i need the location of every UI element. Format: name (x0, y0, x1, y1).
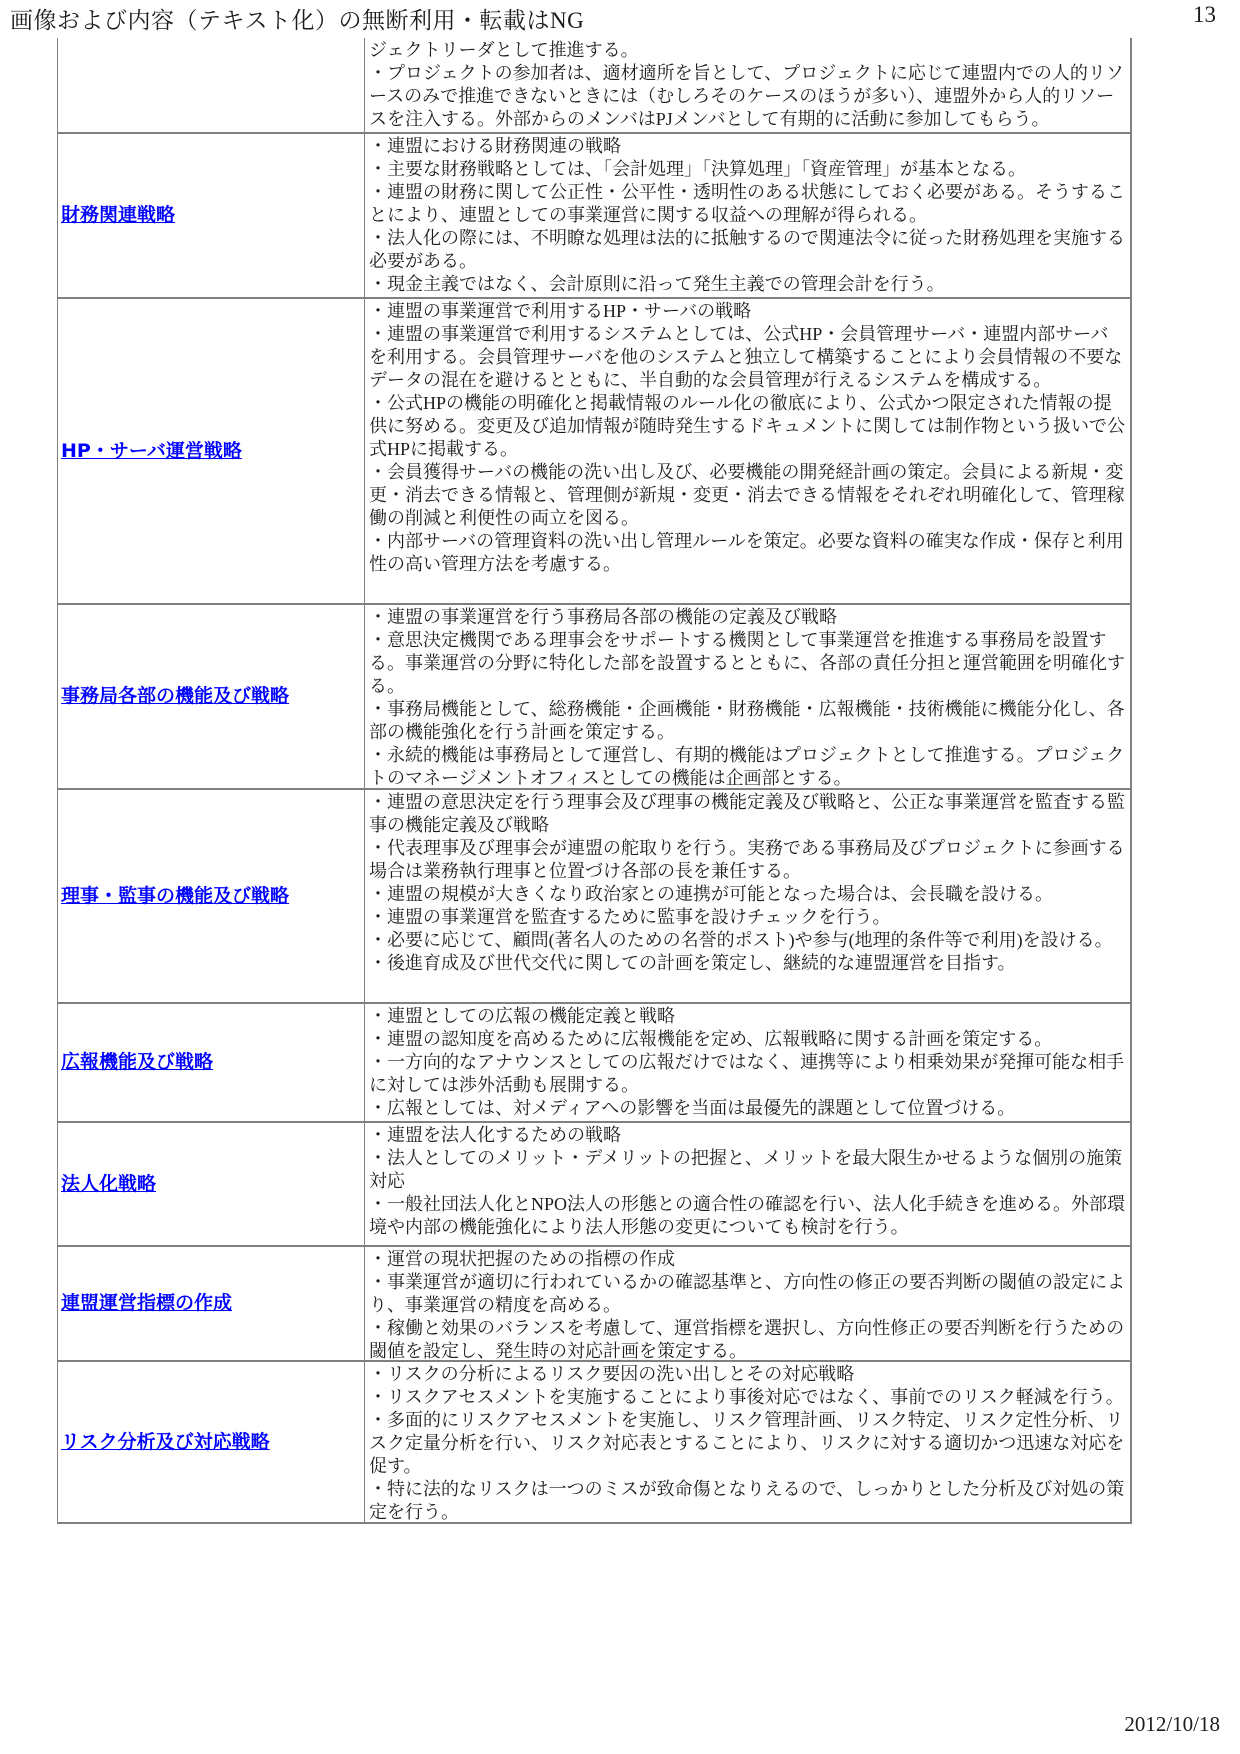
document-page: 画像および内容（テキスト化）の無断利用・転載はNG 13 ジェクトリーダとして推… (0, 0, 1240, 1754)
bullet-line: ・連盟の事業運営を監査するために監事を設けチェックを行う。 (369, 906, 1126, 929)
bullet-line: ・広報としては、対メディアへの影響を当面は最優先的課題として位置づける。 (369, 1097, 1126, 1120)
strategy-link[interactable]: 理事・監事の機能及び戦略 (61, 884, 289, 909)
bullet-line: ・内部サーバの管理資料の洗い出し管理ルールを策定。必要な資料の確実な作成・保存と… (369, 530, 1126, 576)
bullet-line: ・リスクの分析によるリスク要因の洗い出しとその対応戦略 (369, 1363, 1126, 1386)
bullet-line: ・運営の現状把握のための指標の作成 (369, 1248, 1126, 1271)
strategy-description-cell: ・連盟を法人化するための戦略・法人としてのメリット・デメリットの把握と、メリット… (365, 1123, 1130, 1245)
strategy-label-cell: HP・サーバ運営戦略 (58, 299, 365, 603)
strategy-link[interactable]: 連盟運営指標の作成 (61, 1291, 232, 1316)
bullet-line: ・連盟の認知度を高めるために広報機能を定め、広報戦略に関する計画を策定する。 (369, 1028, 1126, 1051)
page-number: 13 (1193, 2, 1216, 28)
bullet-line: ・プロジェクトの参加者は、適材適所を旨として、プロジェクトに応じて連盟内での人的… (369, 62, 1126, 131)
strategy-link[interactable]: 広報機能及び戦略 (61, 1050, 213, 1075)
bullet-line: ・会員獲得サーバの機能の洗い出し及び、必要機能の開発経計画の策定。会員による新規… (369, 461, 1126, 530)
strategy-table: ジェクトリーダとして推進する。・プロジェクトの参加者は、適材適所を旨として、プロ… (57, 38, 1132, 1524)
bullet-line: ・代表理事及び理事会が連盟の舵取りを行う。実務である事務局及びプロジェクトに参画… (369, 837, 1126, 883)
bullet-line: ・一方向的なアナウンスとしての広報だけではなく、連携等により相乗効果が発揮可能な… (369, 1051, 1126, 1097)
strategy-label-cell: 連盟運営指標の作成 (58, 1247, 365, 1360)
bullet-line: ・事業運営が適切に行われているかの確認基準と、方向性の修正の要否判断の閾値の設定… (369, 1271, 1126, 1317)
bullet-line: ・連盟の財務に関して公正性・公平性・透明性のある状態にしておく必要がある。そうす… (369, 181, 1126, 227)
strategy-description-cell: ・連盟における財務関連の戦略・主要な財務戦略としては、「会計処理」「決算処理」「… (365, 134, 1130, 297)
bullet-line: ・公式HPの機能の明確化と掲載情報のルール化の徹底により、公式かつ限定された情報… (369, 392, 1126, 461)
bullet-line: ・連盟の事業運営を行う事務局各部の機能の定義及び戦略 (369, 606, 1126, 629)
bullet-line: ・連盟としての広報の機能定義と戦略 (369, 1005, 1126, 1028)
strategy-label-cell: 広報機能及び戦略 (58, 1004, 365, 1121)
strategy-label-cell: 理事・監事の機能及び戦略 (58, 790, 365, 1002)
bullet-line: ・一般社団法人化とNPO法人の形態との適合性の確認を行い、法人化手続きを進める。… (369, 1193, 1126, 1239)
footer-date: 2012/10/18 (1124, 1712, 1220, 1737)
bullet-line: ・特に法的なリスクは一つのミスが致命傷となりえるので、しっかりとした分析及び対処… (369, 1478, 1126, 1522)
strategy-link[interactable]: 事務局各部の機能及び戦略 (61, 684, 289, 709)
table-row: 財務関連戦略 ・連盟における財務関連の戦略・主要な財務戦略としては、「会計処理」… (58, 132, 1130, 297)
bullet-line: ・リスクアセスメントを実施することにより事後対応ではなく、事前でのリスク軽減を行… (369, 1386, 1126, 1409)
strategy-label-cell (58, 38, 365, 132)
bullet-line: ・後進育成及び世代交代に関しての計画を策定し、継続的な連盟運営を目指す。 (369, 952, 1126, 975)
strategy-description-cell: ジェクトリーダとして推進する。・プロジェクトの参加者は、適材適所を旨として、プロ… (365, 38, 1130, 132)
bullet-line: ・現金主義ではなく、会計原則に沿って発生主義での管理会計を行う。 (369, 273, 1126, 296)
strategy-label-cell: 事務局各部の機能及び戦略 (58, 605, 365, 788)
strategy-description-cell: ・運営の現状把握のための指標の作成・事業運営が適切に行われているかの確認基準と、… (365, 1247, 1130, 1360)
strategy-link[interactable]: リスク分析及び対応戦略 (61, 1430, 270, 1455)
strategy-description-cell: ・連盟の意思決定を行う理事会及び理事の機能定義及び戦略と、公正な事業運営を監査す… (365, 790, 1130, 1002)
strategy-label-cell: 法人化戦略 (58, 1123, 365, 1245)
bullet-line: ジェクトリーダとして推進する。 (369, 39, 1126, 62)
table-row: 連盟運営指標の作成 ・運営の現状把握のための指標の作成・事業運営が適切に行われて… (58, 1245, 1130, 1360)
strategy-label-cell: 財務関連戦略 (58, 134, 365, 297)
bullet-line: ・連盟の規模が大きくなり政治家との連携が可能となった場合は、会長職を設ける。 (369, 883, 1126, 906)
bullet-line: ・連盟における財務関連の戦略 (369, 135, 1126, 158)
strategy-label-cell: リスク分析及び対応戦略 (58, 1362, 365, 1522)
bullet-line: ・連盟を法人化するための戦略 (369, 1124, 1126, 1147)
bullet-line: ・必要に応じて、顧問(著名人のための名誉的ポスト)や参与(地理的条件等で利用)を… (369, 929, 1126, 952)
bullet-line: ・多面的にリスクアセスメントを実施し、リスク管理計画、リスク特定、リスク定性分析… (369, 1409, 1126, 1478)
strategy-description-cell: ・リスクの分析によるリスク要因の洗い出しとその対応戦略・リスクアセスメントを実施… (365, 1362, 1130, 1522)
table-row: 理事・監事の機能及び戦略 ・連盟の意思決定を行う理事会及び理事の機能定義及び戦略… (58, 788, 1130, 1002)
table-row: ジェクトリーダとして推進する。・プロジェクトの参加者は、適材適所を旨として、プロ… (58, 38, 1130, 132)
strategy-link[interactable]: HP・サーバ運営戦略 (61, 439, 242, 464)
bullet-line: ・法人化の際には、不明瞭な処理は法的に抵触するので関連法令に従った財務処理を実施… (369, 227, 1126, 273)
bullet-line: ・連盟の事業運営で利用するシステムとしては、公式HP・会員管理サーバ・連盟内部サ… (369, 323, 1126, 392)
strategy-link[interactable]: 財務関連戦略 (61, 203, 175, 228)
table-row: 広報機能及び戦略 ・連盟としての広報の機能定義と戦略・連盟の認知度を高めるために… (58, 1002, 1130, 1121)
bullet-line: ・主要な財務戦略としては、「会計処理」「決算処理」「資産管理」が基本となる。 (369, 158, 1126, 181)
table-row: リスク分析及び対応戦略 ・リスクの分析によるリスク要因の洗い出しとその対応戦略・… (58, 1360, 1130, 1522)
bullet-line: ・意思決定機関である理事会をサポートする機関として事業運営を推進する事務局を設置… (369, 629, 1126, 698)
strategy-description-cell: ・連盟の事業運営で利用するHP・サーバの戦略・連盟の事業運営で利用するシステムと… (365, 299, 1130, 603)
bullet-line: ・法人としてのメリット・デメリットの把握と、メリットを最大限生かせるような個別の… (369, 1147, 1126, 1193)
copyright-notice: 画像および内容（テキスト化）の無断利用・転載はNG (10, 2, 584, 35)
strategy-link[interactable]: 法人化戦略 (61, 1172, 156, 1197)
bullet-line: ・連盟の事業運営で利用するHP・サーバの戦略 (369, 300, 1126, 323)
strategy-description-cell: ・連盟の事業運営を行う事務局各部の機能の定義及び戦略・意思決定機関である理事会を… (365, 605, 1130, 788)
strategy-description-cell: ・連盟としての広報の機能定義と戦略・連盟の認知度を高めるために広報機能を定め、広… (365, 1004, 1130, 1121)
bullet-line: ・連盟の意思決定を行う理事会及び理事の機能定義及び戦略と、公正な事業運営を監査す… (369, 791, 1126, 837)
bullet-line: ・永続的機能は事務局として運営し、有期的機能はプロジェクトとして推進する。プロジ… (369, 744, 1126, 788)
table-row: 事務局各部の機能及び戦略 ・連盟の事業運営を行う事務局各部の機能の定義及び戦略・… (58, 603, 1130, 788)
bullet-line: ・稼働と効果のバランスを考慮して、運営指標を選択し、方向性修正の要否判断を行うた… (369, 1317, 1126, 1360)
table-row: 法人化戦略 ・連盟を法人化するための戦略・法人としてのメリット・デメリットの把握… (58, 1121, 1130, 1245)
bullet-line: ・事務局機能として、総務機能・企画機能・財務機能・広報機能・技術機能に機能分化し… (369, 698, 1126, 744)
table-row: HP・サーバ運営戦略 ・連盟の事業運営で利用するHP・サーバの戦略・連盟の事業運… (58, 297, 1130, 603)
